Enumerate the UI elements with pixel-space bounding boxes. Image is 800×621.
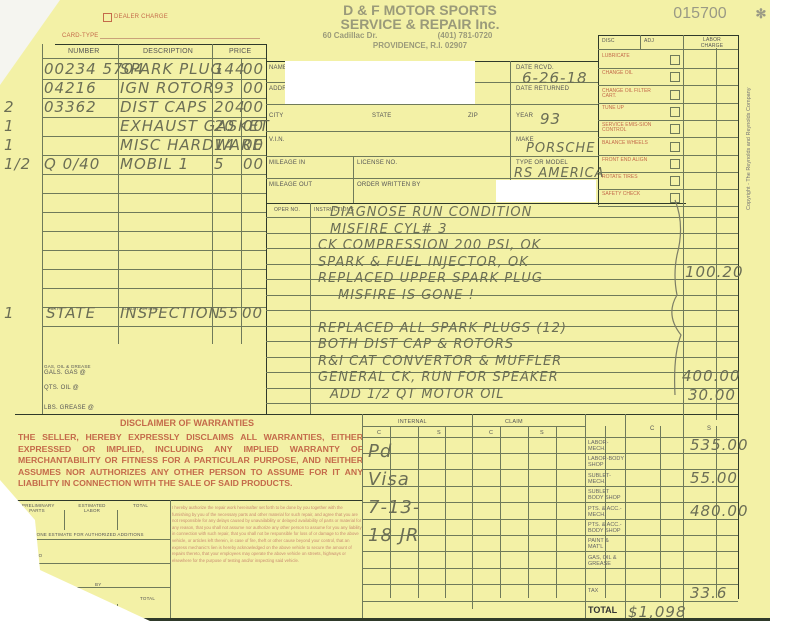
make-value: PORSCHE bbox=[526, 141, 595, 156]
summary-label: GAS, OIL & GREASE bbox=[588, 555, 624, 567]
repair-order-form: DEALER CHARGE CARD-TYPE D & F MOTOR SPOR… bbox=[0, 0, 770, 621]
disclaimer-title: DISCLAIMER OF WARRANTIES bbox=[120, 418, 254, 428]
parts-number: 04216 bbox=[44, 79, 97, 97]
parts-cents: 00 bbox=[243, 79, 264, 97]
parts-qty: 1/2 bbox=[4, 155, 31, 173]
parts-cents: 00 bbox=[243, 155, 264, 173]
instruction-line: GENERAL CK, RUN FOR SPEAKER bbox=[318, 370, 559, 385]
internal-header: INTERNAL bbox=[398, 419, 427, 425]
additional-parts-label: PARTS bbox=[30, 596, 46, 601]
parts-qty: 1 bbox=[4, 117, 15, 135]
estimate-total-label: TOTAL bbox=[133, 503, 148, 508]
parts-cents: 00 bbox=[243, 117, 264, 135]
authorization-text: I hereby authorize the repair work herei… bbox=[172, 505, 362, 564]
summary-label: LABOR-MECH. bbox=[588, 440, 624, 452]
labor-charge-header: LABOR CHARGE bbox=[697, 37, 727, 49]
parts-cents: 00 bbox=[243, 98, 264, 116]
service-item-label: SAFETY CHECK bbox=[602, 192, 652, 197]
parts-price: 144 bbox=[214, 60, 246, 78]
parts-number: 03362 bbox=[44, 98, 97, 116]
parts-price: 93 bbox=[214, 79, 235, 97]
summary-label: SUBLET BODY SHOP bbox=[588, 489, 624, 501]
service-item-label: ROTATE TIRES bbox=[602, 175, 652, 180]
instruction-line: SPARK & FUEL INJECTOR, OK bbox=[318, 255, 529, 270]
service-item-label: FRONT END ALIGN bbox=[602, 158, 652, 163]
internal-s-header: S bbox=[437, 430, 441, 436]
service-item-label: CHANGE OIL bbox=[602, 71, 652, 76]
parts-price: 14 bbox=[214, 136, 235, 154]
parts-price-header: PRICE bbox=[229, 48, 251, 55]
service-checkbox[interactable] bbox=[670, 124, 680, 134]
instruction-line: REPLACED ALL SPARK PLUGS (12) bbox=[318, 321, 567, 336]
instruction-line: CK COMPRESSION 200 PSI, OK bbox=[318, 238, 541, 253]
summary-value: 33.6 bbox=[690, 584, 727, 602]
parts-description: SPARK PLUG bbox=[120, 60, 223, 78]
service-item-label: CHANGE OIL FILTER CART. bbox=[602, 89, 652, 99]
disc-header: DISC bbox=[602, 38, 615, 44]
service-item-label: SERVICE EMIS-SION CONTROL bbox=[602, 123, 652, 133]
summary-label: LABOR-BODY SHOP bbox=[588, 456, 624, 468]
qts-oil-label: QTS. OIL @ bbox=[44, 385, 79, 391]
service-checkbox[interactable] bbox=[670, 142, 680, 152]
zip-label: ZIP bbox=[468, 113, 478, 119]
service-checkbox[interactable] bbox=[670, 159, 680, 169]
claim-c-header: C bbox=[489, 430, 493, 436]
instruction-line: MISFIRE CYL# 3 bbox=[330, 222, 448, 237]
parts-cents: 00 bbox=[243, 60, 264, 78]
redacted-writer bbox=[496, 180, 596, 202]
disclaimer-body: THE SELLER, HEREBY EXPRESSLY DISCLAIMS A… bbox=[18, 432, 363, 490]
internal-c-header: C bbox=[377, 430, 381, 436]
year-label: YEAR bbox=[516, 113, 533, 119]
instruction-line: R&I CAT CONVERTOR & MUFFLER bbox=[318, 354, 562, 369]
date-rcvd-value: 6-26-18 bbox=[522, 69, 588, 87]
parts-description: IGN ROTOR bbox=[120, 79, 215, 97]
phone-estimate-label: PHONE ESTIMATE FOR AUTHORIZED ADDITIONS bbox=[30, 532, 144, 537]
parts-price: 20 bbox=[214, 117, 235, 135]
summary-value: 480.00 bbox=[690, 502, 749, 520]
order-written-by-label: ORDER WRITTEN BY bbox=[357, 182, 421, 188]
parts-description: DIST CAPS bbox=[120, 98, 208, 116]
instruction-line: ADD 1/2 QT MOTOR OIL bbox=[330, 387, 505, 402]
summary-value: 55.00 bbox=[690, 469, 738, 487]
dealer-charge-checkbox bbox=[103, 13, 112, 22]
city-label: CITY bbox=[269, 113, 283, 119]
gas-oil-grease-label: GAS, OIL & GREASE bbox=[44, 364, 91, 369]
paid-note: Pd Visa 7-13-18 JR bbox=[368, 438, 428, 550]
summary-label: PTS. & ACC.-BODY SHOP bbox=[588, 522, 624, 534]
license-no-label: LICENSE NO. bbox=[357, 160, 397, 166]
shop-phone: (401) 781-0720 bbox=[405, 31, 525, 40]
summary-label: TOTAL bbox=[588, 607, 624, 613]
parts-number: Q 0/40 bbox=[44, 155, 100, 173]
parts-qty: 2 bbox=[4, 98, 15, 116]
shop-city: PROVIDENCE, R.I. 02907 bbox=[310, 41, 530, 50]
summary-value: $1,098 bbox=[628, 603, 687, 621]
instruction-line: DIAGNOSE RUN CONDITION bbox=[330, 205, 532, 220]
dealer-charge-label: DEALER CHARGE bbox=[114, 14, 168, 20]
form-number: 015700 bbox=[660, 5, 740, 23]
summary-label: PTS. & ACC.-MECH. bbox=[588, 506, 624, 518]
shop-subtitle: SERVICE & REPAIR Inc. bbox=[280, 16, 560, 32]
service-checkbox[interactable] bbox=[670, 55, 680, 65]
parts-description: MOBIL 1 bbox=[120, 155, 189, 173]
year-value: 93 bbox=[540, 110, 561, 128]
service-item-label: LUBRICATE bbox=[602, 54, 652, 59]
additional-labor-label: LABOR bbox=[82, 596, 98, 601]
additional-total-label: TOTAL bbox=[140, 596, 155, 601]
instruction-line: REPLACED UPPER SPARK PLUG bbox=[318, 271, 543, 286]
parts-qty: 1 bbox=[4, 136, 15, 154]
redacted-customer-info bbox=[285, 61, 475, 104]
service-item-label: TUNE UP bbox=[602, 106, 652, 111]
summary-value: 535.00 bbox=[690, 436, 749, 454]
mileage-in-label: MILEAGE IN bbox=[269, 160, 305, 166]
claim-header: CLAIM bbox=[505, 419, 523, 425]
state-label: STATE bbox=[372, 113, 391, 119]
mileage-out-label: MILEAGE OUT bbox=[269, 182, 312, 188]
gals-gas-label: GALS. GAS @ bbox=[44, 370, 86, 376]
summary-label: PAINT & MAT'L bbox=[588, 538, 624, 550]
vin-label: V.I.N. bbox=[269, 137, 285, 143]
additional-repairs-label: ADDITIONAL REPAIRS bbox=[16, 589, 67, 594]
parts-number-header: NUMBER bbox=[68, 48, 100, 55]
instruction-line: BOTH DIST CAP & ROTORS bbox=[318, 337, 514, 352]
labor-charge-3: 30.00 bbox=[688, 386, 736, 404]
lbs-grease-label: LBS. GREASE @ bbox=[44, 405, 94, 411]
service-item-label: BALANCE WHEELS bbox=[602, 141, 652, 146]
service-checkbox[interactable] bbox=[670, 72, 680, 82]
preliminary-parts-label: PRELIMINARY PARTS bbox=[22, 503, 52, 513]
service-checkbox[interactable] bbox=[670, 90, 680, 100]
parts-description: MISC HARDWARE bbox=[120, 136, 263, 154]
asterisk-icon: ✻ bbox=[752, 6, 770, 22]
summary-s-header: S bbox=[707, 426, 711, 432]
parts-description-header: DESCRIPTION bbox=[143, 48, 193, 55]
shop-address: 60 Cadillac Dr. bbox=[300, 31, 400, 40]
instruction-line: MISFIRE IS GONE ! bbox=[338, 288, 475, 303]
adj-header: ADJ bbox=[644, 38, 654, 44]
parts-price: 5 bbox=[214, 155, 225, 173]
parts-cents: 00 bbox=[243, 136, 264, 154]
summary-label: TAX bbox=[588, 588, 624, 594]
estimated-labor-label: ESTIMATED LABOR bbox=[77, 503, 107, 513]
date-returned-label: DATE RETURNED bbox=[516, 86, 569, 92]
talked-to-label: TALKED TO bbox=[16, 553, 42, 558]
copyright-text: Copyright - The Reynolds and Reynolds Co… bbox=[746, 150, 756, 210]
time-called-label: TIME CALLED bbox=[16, 576, 48, 581]
summary-label: SUBLET-MECH. bbox=[588, 473, 624, 485]
claim-s-header: S bbox=[540, 430, 544, 436]
parts-price: 204 bbox=[214, 98, 246, 116]
type-model-value: RS AMERICA bbox=[514, 166, 605, 181]
oper-no-label: OPER NO. bbox=[274, 207, 300, 213]
service-checkbox[interactable] bbox=[670, 107, 680, 117]
card-type-label: CARD-TYPE bbox=[62, 33, 98, 39]
summary-c-header: C bbox=[650, 426, 655, 432]
service-checkbox[interactable] bbox=[670, 176, 680, 186]
bracket-mark bbox=[655, 195, 695, 405]
